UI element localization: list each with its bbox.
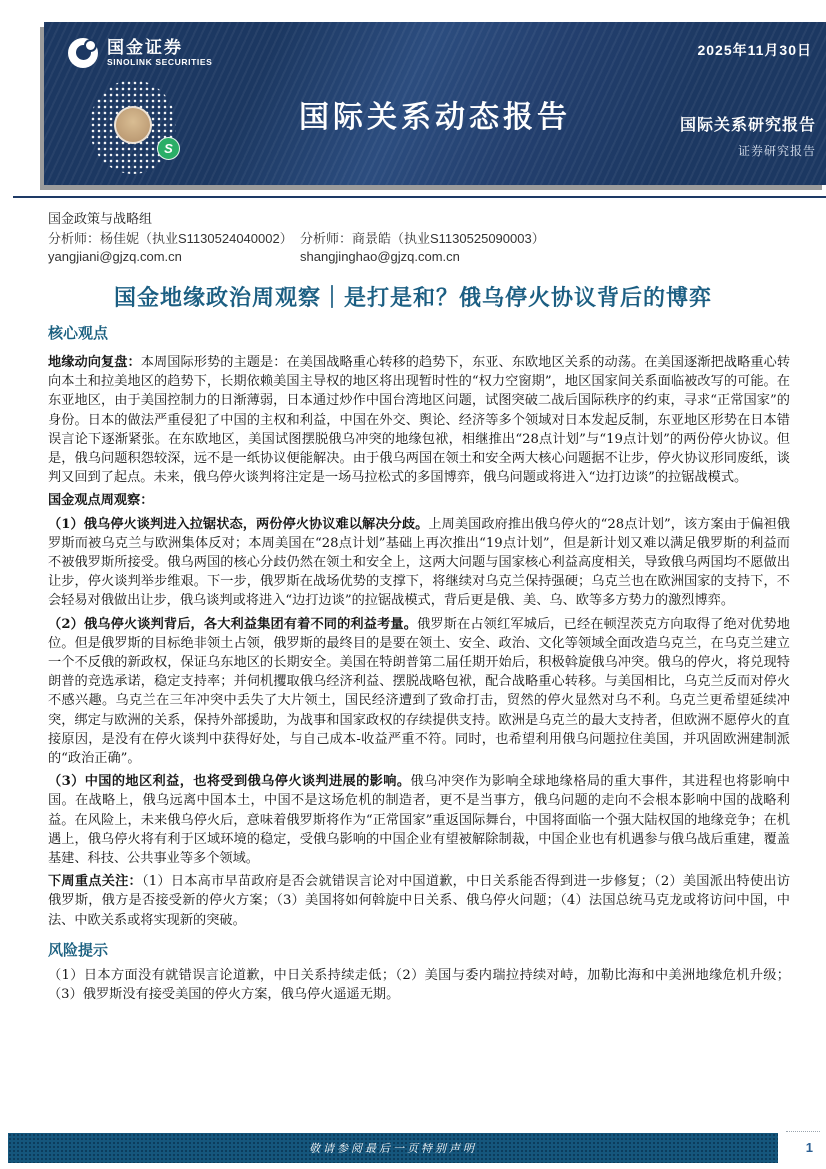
analyst-1: 分析师：杨佳妮（执业S1130524040002） yangjiani@gjzq… [48, 230, 300, 266]
report-date: 2025年11月30日 [697, 40, 812, 60]
analyst-block: 国金政策与战略组 分析师：杨佳妮（执业S1130524040002） yangj… [48, 210, 790, 266]
brand-name-en: SINOLINK SECURITIES [107, 57, 212, 67]
report-page: 国金证券 SINOLINK SECURITIES 2025年11月30日 S 国… [0, 0, 826, 1169]
analyst-1-email[interactable]: yangjiani@gjzq.com.cn [48, 248, 300, 266]
paragraph-weekly-view-heading: 国金观点周观察： [48, 491, 790, 510]
paragraph-text: 俄罗斯在占领红军城后，已经在顿涅茨克方向取得了绝对优势地位。但是俄罗斯的目标绝非… [48, 617, 790, 766]
section-heading-core: 核心观点 [48, 322, 790, 343]
paragraph-point-3: （3）中国的地区利益，也将受到俄乌停火谈判进展的影响。俄乌冲突作为影响全球地缘格… [48, 772, 790, 868]
team-name: 国金政策与战略组 [48, 210, 790, 228]
header-band: 国金证券 SINOLINK SECURITIES 2025年11月30日 S 国… [44, 22, 826, 185]
page-title: 国金地缘政治周观察｜是打是和？俄乌停火协议背后的博弈 [0, 281, 826, 312]
paragraph-lead: 地缘动向复盘： [48, 355, 141, 370]
footer-dotted-line [786, 1131, 820, 1132]
wechat-icon: S [157, 137, 180, 160]
report-category: 国际关系研究报告 [680, 112, 816, 135]
paragraph-lead: 下周重点关注： [48, 874, 142, 889]
brand-name-cn: 国金证券 [107, 39, 212, 57]
section-heading-risk: 风险提示 [48, 939, 790, 960]
paragraph-lead: （3）中国的地区利益，也将受到俄乌停火谈判进展的影响。 [48, 774, 410, 789]
report-body: 核心观点 地缘动向复盘：本周国际形势的主题是：在美国战略重心转移的趋势下，东亚、… [48, 322, 790, 1008]
footer-disclaimer: 敬请参阅最后一页特别声明 [309, 1140, 477, 1156]
brand-text: 国金证券 SINOLINK SECURITIES [107, 39, 212, 67]
analyst-1-label: 分析师：杨佳妮（执业S1130524040002） [48, 230, 300, 248]
paragraph-geopolitical-review: 地缘动向复盘：本周国际形势的主题是：在美国战略重心转移的趋势下，东亚、东欧地区关… [48, 353, 790, 487]
header-divider [13, 196, 826, 198]
analyst-2-label: 分析师：商景皓（执业S1130525090003） [300, 230, 552, 248]
paragraph-point-1: （1）俄乌停火谈判进入拉锯状态，两份停火协议难以解决分歧。上周美国政府推出俄乌停… [48, 515, 790, 611]
paragraph-lead: 国金观点周观察： [48, 493, 154, 508]
paragraph-risk: （1）日本方面没有就错误言论道歉，中日关系持续走低；（2）美国与委内瑞拉持续对峙… [48, 966, 790, 1004]
analyst-2-email[interactable]: shangjinghao@gjzq.com.cn [300, 248, 552, 266]
page-number: 1 [806, 1140, 813, 1155]
analyst-2: 分析师：商景皓（执业S1130525090003） shangjinghao@g… [300, 230, 552, 266]
footer-bar: 敬请参阅最后一页特别声明 [8, 1133, 778, 1163]
sinolink-logo-icon [68, 38, 98, 68]
paragraph-point-2: （2）俄乌停火谈判背后，各大利益集团有着不同的利益考量。俄罗斯在占领红军城后，已… [48, 615, 790, 769]
report-subcategory: 证券研究报告 [738, 142, 816, 159]
paragraph-lead: （1）俄乌停火谈判进入拉锯状态，两份停火协议难以解决分歧。 [48, 517, 428, 532]
paragraph-text: 本周国际形势的主题是：在美国战略重心转移的趋势下，东亚、东欧地区关系的动荡。在美… [48, 355, 790, 485]
paragraph-next-week-focus: 下周重点关注：（1）日本高市早苗政府是否会就错误言论对中国道歉，中日关系能否得到… [48, 872, 790, 930]
paragraph-lead: （2）俄乌停火谈判背后，各大利益集团有着不同的利益考量。 [48, 617, 417, 632]
brand-logo: 国金证券 SINOLINK SECURITIES [68, 38, 212, 68]
paragraph-text: （1）日本高市早苗政府是否会就错误言论对中国道歉，中日关系能否得到进一步修复；（… [48, 874, 790, 927]
